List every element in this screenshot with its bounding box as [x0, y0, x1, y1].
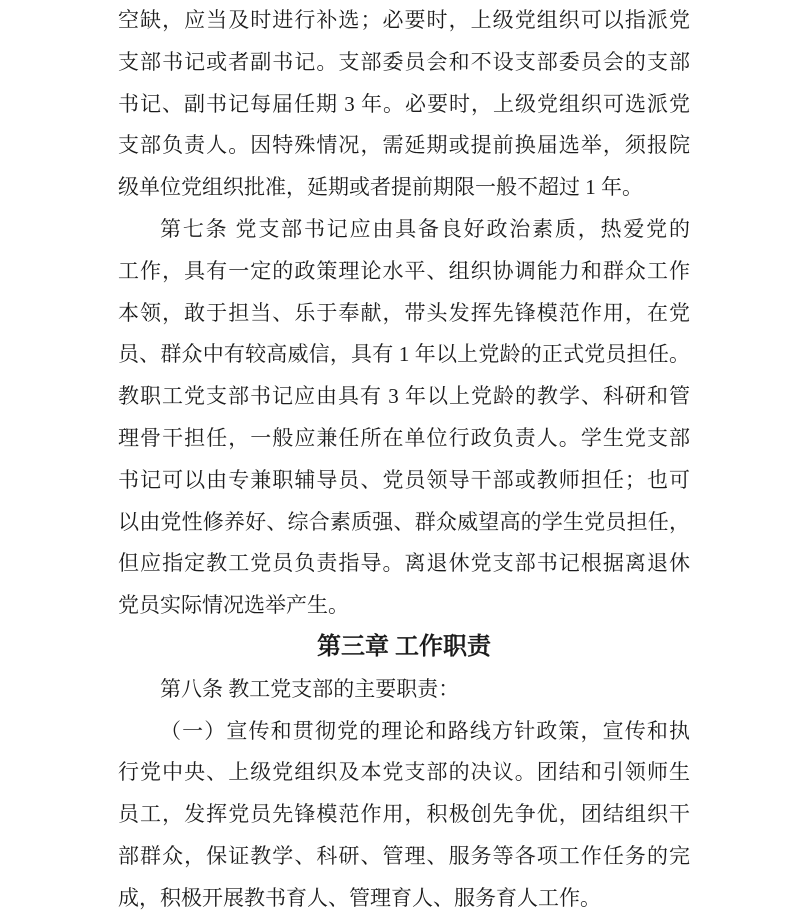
document-text-body: 空缺，应当及时进行补选；必要时，上级党组织可以指派党支部书记或者副书记。支部委员…	[118, 0, 690, 917]
text-line: 行党中央、上级党组织及本党支部的决议。团结和引领师生	[118, 752, 690, 794]
text-line: 成，积极开展教书育人、管理育人、服务育人工作。	[118, 878, 690, 917]
text-line: 理骨干担任，一般应兼任所在单位行政负责人。学生党支部	[118, 418, 690, 460]
text-line: 书记可以由专兼职辅导员、党员领导干部或教师担任；也可	[118, 460, 690, 502]
text-line: 第七条 党支部书记应由具备良好政治素质，热爱党的	[118, 209, 690, 251]
text-line: 员工，发挥党员先锋模范作用，积极创先争优，团结组织干	[118, 794, 690, 836]
text-line: 教职工党支部书记应由具有 3 年以上党龄的教学、科研和管	[118, 376, 690, 418]
text-line: 员、群众中有较高威信，具有 1 年以上党龄的正式党员担任。	[118, 334, 690, 376]
text-line: 级单位党组织批准，延期或者提前期限一般不超过 1 年。	[118, 167, 690, 209]
text-line: 支部书记或者副书记。支部委员会和不设支部委员会的支部	[118, 42, 690, 84]
document-page: 空缺，应当及时进行补选；必要时，上级党组织可以指派党支部书记或者副书记。支部委员…	[0, 0, 799, 917]
text-line: 工作，具有一定的政策理论水平、组织协调能力和群众工作	[118, 251, 690, 293]
text-line: 党员实际情况选举产生。	[118, 585, 690, 627]
text-line: 空缺，应当及时进行补选；必要时，上级党组织可以指派党	[118, 0, 690, 42]
text-line: 部群众，保证教学、科研、管理、服务等各项工作任务的完	[118, 836, 690, 878]
text-line: 支部负责人。因特殊情况，需延期或提前换届选举，须报院	[118, 125, 690, 167]
text-line: 本领，敢于担当、乐于奉献，带头发挥先锋模范作用，在党	[118, 293, 690, 335]
text-line: 但应指定教工党员负责指导。离退休党支部书记根据离退休	[118, 543, 690, 585]
text-line: 书记、副书记每届任期 3 年。必要时，上级党组织可选派党	[118, 84, 690, 126]
text-line: 以由党性修养好、综合素质强、群众威望高的学生党员担任，	[118, 502, 690, 544]
text-line: （一）宣传和贯彻党的理论和路线方针政策，宣传和执	[118, 711, 690, 753]
text-line: 第八条 教工党支部的主要职责：	[118, 669, 690, 711]
chapter-heading: 第三章 工作职责	[118, 627, 690, 669]
